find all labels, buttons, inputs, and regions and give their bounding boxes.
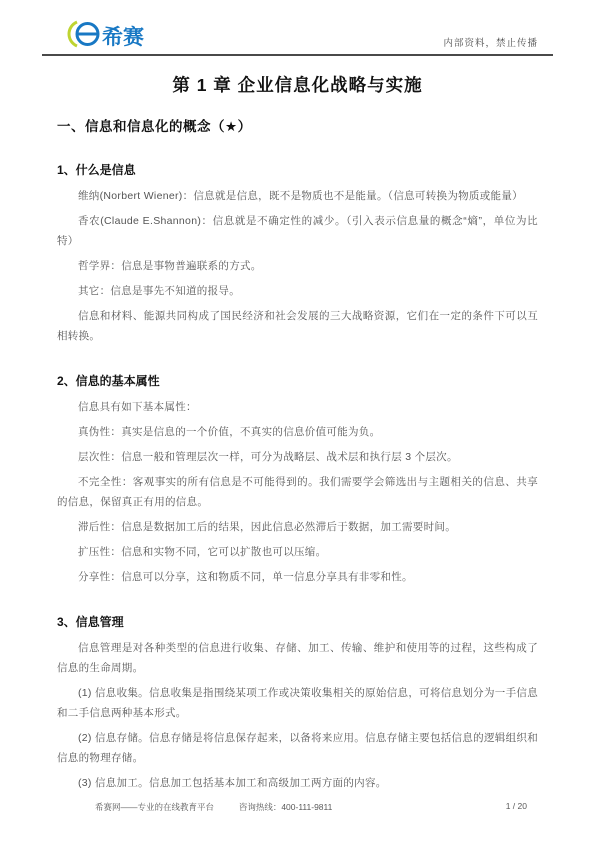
document-page: 希赛 内部资料，禁止传播 第 1 章 企业信息化战略与实施 一、信息和信息化的概… [0,0,595,841]
paragraph: 扩压性：信息和实物不同，它可以扩散也可以压缩。 [57,542,538,562]
paragraph: 分享性：信息可以分享，这和物质不同，单一信息分享具有非零和性。 [57,567,538,587]
paragraph: (2) 信息存储。信息存储是将信息保存起来，以备将来应用。信息存储主要包括信息的… [57,728,538,768]
page-header: 希赛 内部资料，禁止传播 [0,0,595,50]
paragraph: 香农(Claude E.Shannon)：信息就是不确定性的减少。（引入表示信息… [57,211,538,251]
header-divider [42,54,553,56]
subsection-heading-2: 2、信息的基本属性 [57,372,538,389]
subsection-heading-1: 1、什么是信息 [57,161,538,178]
paragraph: 真伪性：真实是信息的一个价值，不真实的信息价值可能为负。 [57,422,538,442]
paragraph: 哲学界：信息是事物普遍联系的方式。 [57,256,538,276]
document-body: 一、信息和信息化的概念（★） 1、什么是信息 维纳(Norbert Wiener… [0,115,595,793]
subsection-heading-3: 3、信息管理 [57,613,538,630]
paragraph: 信息管理是对各种类型的信息进行收集、存储、加工、传输、维护和使用等的过程，这些构… [57,638,538,678]
section-heading-1: 一、信息和信息化的概念（★） [57,115,538,135]
paragraph: 不完全性：客观事实的所有信息是不可能得到的。我们需要学会筛选出与主题相关的信息、… [57,472,538,512]
page-footer: 希赛网——专业的在线教育平台 咨询热线：400-111-9811 1 / 20 [0,801,595,815]
confidential-note: 内部资料，禁止传播 [443,35,538,50]
footer-page-number: 1 / 20 [506,801,527,811]
footer-hotline: 咨询热线：400-111-9811 [239,801,333,813]
chapter-title: 第 1 章 企业信息化战略与实施 [0,72,595,97]
brand-name: 希赛 [102,25,144,49]
paragraph: 滞后性：信息是数据加工后的结果，因此信息必然滞后于数据，加工需要时间。 [57,517,538,537]
paragraph: 其它：信息是事先不知道的报导。 [57,281,538,301]
footer-slogan: 希赛网——专业的在线教育平台 [95,801,214,813]
paragraph: 层次性：信息一般和管理层次一样，可分为战略层、战术层和执行层 3 个层次。 [57,447,538,467]
paragraph: (1) 信息收集。信息收集是指围绕某项工作或决策收集相关的原始信息，可将信息划分… [57,683,538,723]
paragraph: (3) 信息加工。信息加工包括基本加工和高级加工两方面的内容。 [57,773,538,793]
xisai-logo: 希赛 [66,18,148,50]
paragraph: 信息和材料、能源共同构成了国民经济和社会发展的三大战略资源，它们在一定的条件下可… [57,306,538,346]
paragraph: 维纳(Norbert Wiener)：信息就是信息，既不是物质也不是能量。（信息… [57,186,538,206]
logo-e-icon [77,24,98,45]
paragraph: 信息具有如下基本属性： [57,397,538,417]
